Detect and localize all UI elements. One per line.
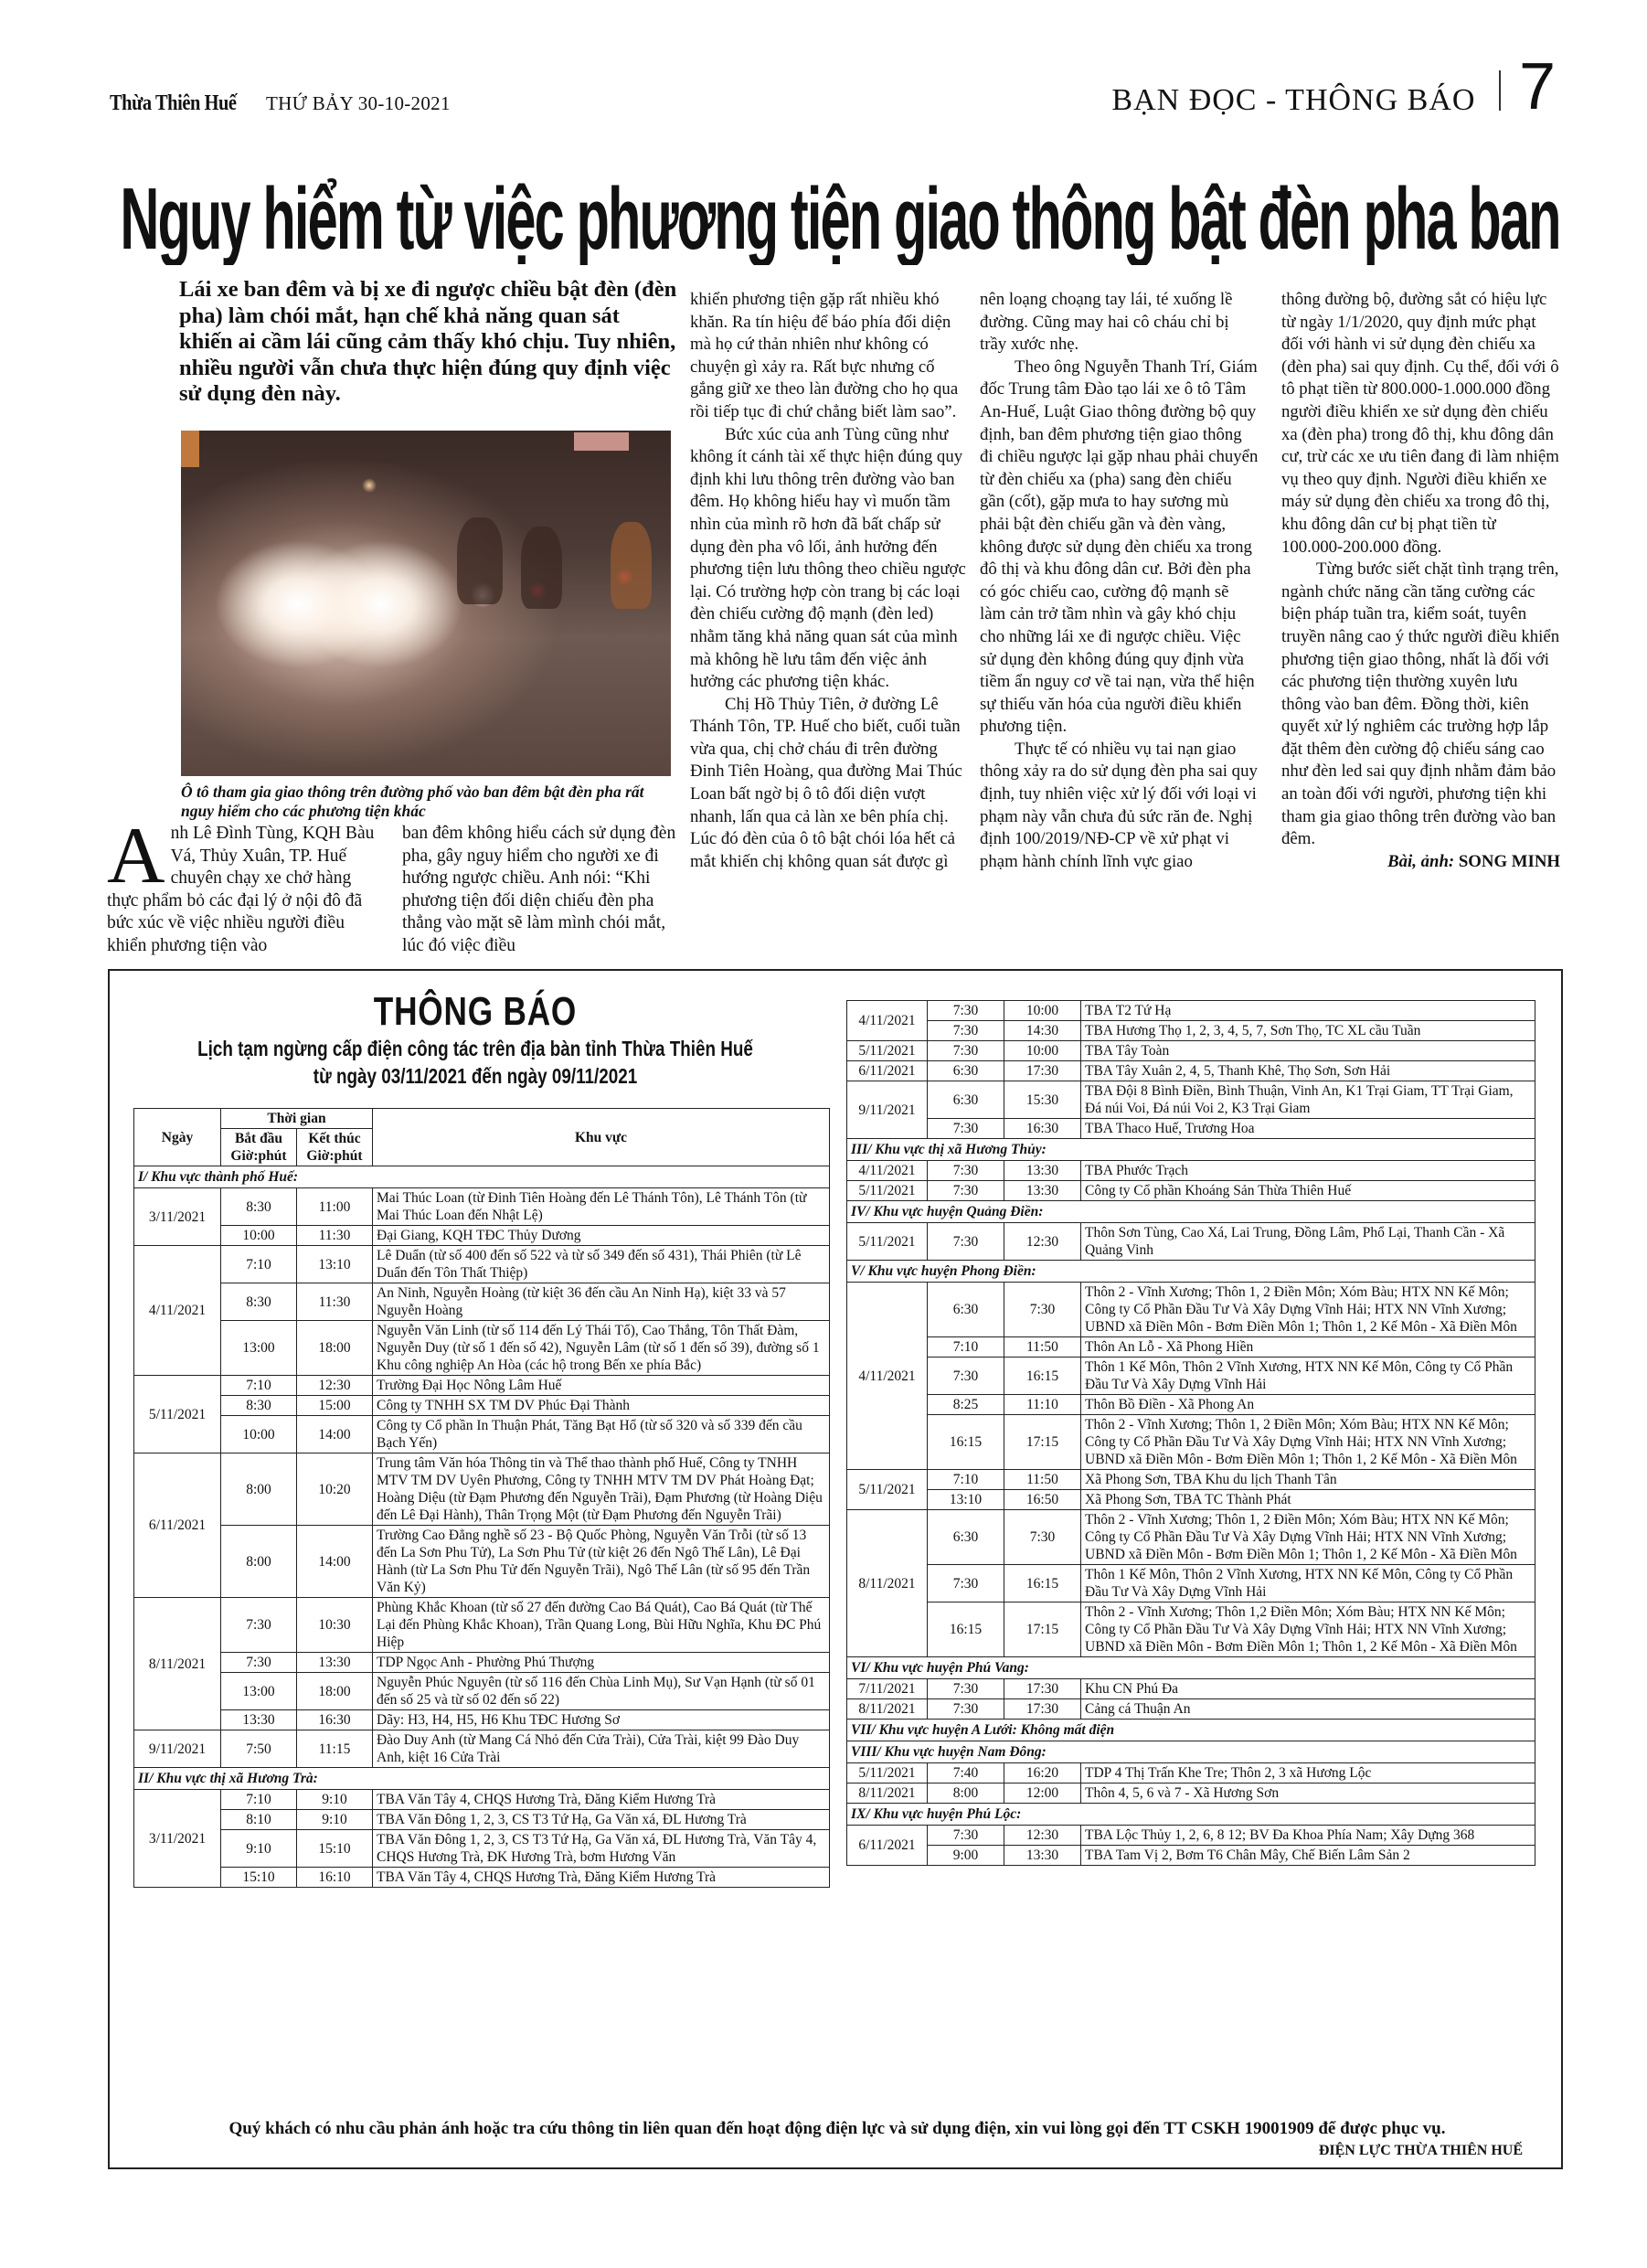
table-row: 8:3015:00Công ty TNHH SX TM DV Phúc Đại … — [134, 1396, 830, 1416]
section-title: III/ Khu vực thị xã Hương Thủy: — [847, 1139, 1535, 1161]
header-time: Thời gian — [221, 1109, 373, 1129]
date-cell: 4/11/2021 — [847, 1283, 928, 1470]
issue-date: THỨ BẢY 30-10-2021 — [266, 92, 451, 115]
table-row: 8:0014:00Trường Cao Đẳng nghề số 23 - Bộ… — [134, 1526, 830, 1598]
paragraph: Theo ông Nguyễn Thanh Trí, Giám đốc Trun… — [980, 357, 1259, 739]
header-start: Bắt đầu Giờ:phút — [221, 1129, 297, 1166]
area-cell: TBA T2 Tứ Hạ — [1081, 1001, 1535, 1021]
start-time-cell: 10:00 — [221, 1226, 297, 1246]
end-time-cell: 11:30 — [297, 1283, 373, 1321]
end-time-cell: 15:00 — [297, 1396, 373, 1416]
area-cell: Đại Giang, KQH TĐC Thủy Dương — [373, 1226, 830, 1246]
section-title: IV/ Khu vực huyện Quảng Điền: — [847, 1201, 1535, 1223]
section-header-row: IV/ Khu vực huyện Quảng Điền: — [847, 1201, 1535, 1223]
area-cell: Khu CN Phú Đa — [1081, 1679, 1535, 1699]
table-row: 7:3014:30TBA Hương Thọ 1, 2, 3, 4, 5, 7,… — [847, 1021, 1535, 1041]
end-time-cell: 13:30 — [1004, 1161, 1081, 1181]
section-title: VIII/ Khu vực huyện Nam Đông: — [847, 1741, 1535, 1763]
table-row: 6/11/20217:3012:30TBA Lộc Thủy 1, 2, 6, … — [847, 1826, 1535, 1846]
shop-sign — [574, 432, 629, 451]
end-time-cell: 17:15 — [1004, 1603, 1081, 1657]
end-time-cell: 11:50 — [1004, 1470, 1081, 1490]
contact-note: Quý khách có nhu cầu phản ánh hoặc tra c… — [110, 2119, 1565, 2139]
area-cell: Xã Phong Sơn, TBA Khu du lịch Thanh Tân — [1081, 1470, 1535, 1490]
start-time-cell: 6:30 — [928, 1283, 1004, 1337]
end-time-cell: 16:30 — [297, 1710, 373, 1730]
date-cell: 9/11/2021 — [847, 1081, 928, 1139]
start-time-cell: 7:30 — [928, 1119, 1004, 1139]
end-time-cell: 14:00 — [297, 1526, 373, 1598]
end-time-cell: 9:10 — [297, 1810, 373, 1830]
start-time-cell: 8:25 — [928, 1395, 1004, 1415]
end-time-cell: 16:30 — [1004, 1119, 1081, 1139]
section-header-row: II/ Khu vực thị xã Hương Trà: — [134, 1768, 830, 1790]
start-time-cell: 7:50 — [221, 1730, 297, 1768]
area-cell: TBA Phước Trạch — [1081, 1161, 1535, 1181]
headline-text: Nguy hiểm từ việc phương tiện giao thông… — [120, 174, 1570, 265]
area-cell: TBA Văn Tây 4, CHQS Hương Trà, Đăng Kiểm… — [373, 1868, 830, 1888]
table-row: 7:3016:15Thôn 1 Kế Môn, Thôn 2 Vĩnh Xươn… — [847, 1358, 1535, 1395]
date-cell: 5/11/2021 — [847, 1470, 928, 1510]
paragraph: Thực tế có nhiều vụ tai nạn giao thông x… — [980, 739, 1259, 874]
paragraph: nên loạng choạng tay lái, té xuống lề đư… — [980, 289, 1259, 357]
notice-title: THÔNG BÁO — [374, 989, 577, 1035]
date-cell: 3/11/2021 — [134, 1790, 221, 1888]
end-time-cell: 10:00 — [1004, 1001, 1081, 1021]
end-time-cell: 18:00 — [297, 1673, 373, 1710]
section-header-row: III/ Khu vực thị xã Hương Thủy: — [847, 1139, 1535, 1161]
date-cell: 7/11/2021 — [847, 1679, 928, 1699]
table-row: 16:1517:15Thôn 2 - Vĩnh Xương; Thôn 1, 2… — [847, 1415, 1535, 1470]
end-time-cell: 7:30 — [1004, 1510, 1081, 1565]
start-time-cell: 7:40 — [928, 1763, 1004, 1784]
article-column-1: A nh Lê Đình Tùng, KQH Bàu Vá, Thủy Xuân… — [107, 823, 383, 958]
date-cell: 5/11/2021 — [847, 1223, 928, 1261]
table-row: 3/11/20217:109:10TBA Văn Tây 4, CHQS Hươ… — [134, 1790, 830, 1810]
start-time-cell: 7:30 — [928, 1021, 1004, 1041]
paragraph: khiển phương tiện gặp rất nhiều khó khăn… — [690, 289, 969, 424]
table-row: 10:0014:00Công ty Cổ phần In Thuận Phát,… — [134, 1416, 830, 1453]
end-time-cell: 17:15 — [1004, 1415, 1081, 1470]
paragraph: Chị Hồ Thủy Tiên, ở đường Lê Thánh Tôn, … — [690, 694, 969, 874]
table-row: 4/11/20217:3013:30TBA Phước Trạch — [847, 1161, 1535, 1181]
table-row: 8:109:10TBA Văn Đông 1, 2, 3, CS T3 Tứ H… — [134, 1810, 830, 1830]
section-header-row: I/ Khu vực thành phố Huế: — [134, 1166, 830, 1188]
date-cell: 6/11/2021 — [847, 1061, 928, 1081]
area-cell: Thôn 1 Kế Môn, Thôn 2 Vĩnh Xương, HTX NN… — [1081, 1565, 1535, 1603]
date-cell: 4/11/2021 — [847, 1001, 928, 1041]
motorbike-rider — [521, 527, 562, 609]
end-time-cell: 16:15 — [1004, 1565, 1081, 1603]
end-time-cell: 14:00 — [297, 1416, 373, 1453]
start-time-cell: 8:00 — [928, 1784, 1004, 1804]
area-cell: Xã Phong Sơn, TBA TC Thành Phát — [1081, 1490, 1535, 1510]
area-cell: TBA Văn Tây 4, CHQS Hương Trà, Đăng Kiểm… — [373, 1790, 830, 1810]
notice-title-block: THÔNG BÁO Lịch tạm ngừng cấp điện công t… — [110, 989, 841, 1090]
section-header-row: V/ Khu vực huyện Phong Điền: — [847, 1261, 1535, 1283]
date-cell: 8/11/2021 — [134, 1598, 221, 1730]
area-cell: TBA Tây Xuân 2, 4, 5, Thanh Khê, Thọ Sơn… — [1081, 1061, 1535, 1081]
area-cell: Công ty Cổ phần Khoáng Sản Thừa Thiên Hu… — [1081, 1181, 1535, 1201]
notice-signature: ĐIỆN LỰC THỪA THIÊN HUẾ — [1319, 2143, 1523, 2159]
start-time-cell: 8:00 — [221, 1526, 297, 1598]
article-headline: Nguy hiểm từ việc phương tiện giao thông… — [119, 174, 1572, 265]
table-row: 4/11/20217:3010:00TBA T2 Tứ Hạ — [847, 1001, 1535, 1021]
article-column-5: thông đường bộ, đường sắt có hiệu lực từ… — [1281, 289, 1560, 873]
area-cell: Cảng cá Thuận An — [1081, 1699, 1535, 1720]
table-row: 6/11/20218:0010:20Trung tâm Văn hóa Thôn… — [134, 1453, 830, 1526]
table-row: 7:3016:15Thôn 1 Kế Môn, Thôn 2 Vĩnh Xươn… — [847, 1565, 1535, 1603]
date-cell: 9/11/2021 — [134, 1730, 221, 1768]
start-time-cell: 13:30 — [221, 1710, 297, 1730]
area-cell: Thôn 2 - Vĩnh Xương; Thôn 1, 2 Điền Môn;… — [1081, 1415, 1535, 1470]
dropcap: A — [107, 825, 165, 889]
start-time-cell: 7:10 — [928, 1337, 1004, 1358]
area-cell: Trường Cao Đẳng nghề số 23 - Bộ Quốc Phò… — [373, 1526, 830, 1598]
end-time-cell: 17:30 — [1004, 1699, 1081, 1720]
end-time-cell: 10:30 — [297, 1598, 373, 1653]
section-title: IX/ Khu vực huyện Phú Lộc: — [847, 1804, 1535, 1826]
end-time-cell: 18:00 — [297, 1321, 373, 1376]
table-row: 4/11/20217:1013:10Lê Duẩn (từ số 400 đến… — [134, 1246, 830, 1283]
start-time-cell: 7:30 — [928, 1679, 1004, 1699]
header-date: Ngày — [134, 1109, 221, 1166]
date-cell: 8/11/2021 — [847, 1699, 928, 1720]
area-cell: TDP 4 Thị Trấn Khe Tre; Thôn 2, 3 xã Hươ… — [1081, 1763, 1535, 1784]
paper-name: Thừa Thiên Huế — [110, 91, 237, 116]
notice-subtitle: Lịch tạm ngừng cấp điện công tác trên đị… — [175, 1035, 775, 1062]
start-time-cell: 8:30 — [221, 1283, 297, 1321]
masthead-divider — [1499, 70, 1501, 111]
start-time-cell: 15:10 — [221, 1868, 297, 1888]
masthead: Thừa Thiên Huế THỨ BẢY 30-10-2021 BẠN ĐỌ… — [110, 55, 1556, 119]
start-time-cell: 9:10 — [221, 1830, 297, 1868]
article-sapo: Lái xe ban đêm và bị xe đi ngược chiều b… — [179, 277, 677, 408]
date-cell: 6/11/2021 — [847, 1826, 928, 1866]
start-time-cell: 7:30 — [928, 1181, 1004, 1201]
area-cell: Thôn Sơn Tùng, Cao Xá, Lai Trung, Đồng L… — [1081, 1223, 1535, 1261]
start-time-cell: 6:30 — [928, 1510, 1004, 1565]
end-time-cell: 11:10 — [1004, 1395, 1081, 1415]
start-time-cell: 7:30 — [221, 1598, 297, 1653]
table-row: 8/11/20217:3017:30Cảng cá Thuận An — [847, 1699, 1535, 1720]
end-time-cell: 10:00 — [1004, 1041, 1081, 1061]
end-time-cell: 13:30 — [1004, 1181, 1081, 1201]
table-row: 13:0018:00Nguyễn Phúc Nguyên (từ số 116 … — [134, 1673, 830, 1710]
end-time-cell: 15:10 — [297, 1830, 373, 1868]
date-cell: 5/11/2021 — [134, 1376, 221, 1453]
area-cell: Thôn 4, 5, 6 và 7 - Xã Hương Sơn — [1081, 1784, 1535, 1804]
start-time-cell: 13:00 — [221, 1673, 297, 1710]
start-time-cell: 13:10 — [928, 1490, 1004, 1510]
start-time-cell: 7:30 — [928, 1041, 1004, 1061]
power-outage-notice: THÔNG BÁO Lịch tạm ngừng cấp điện công t… — [108, 969, 1563, 2169]
area-cell: Công ty Cổ phần In Thuận Phát, Tăng Bạt … — [373, 1416, 830, 1453]
start-time-cell: 7:30 — [928, 1565, 1004, 1603]
end-time-cell: 7:30 — [1004, 1283, 1081, 1337]
start-time-cell: 8:30 — [221, 1396, 297, 1416]
start-time-cell: 16:15 — [928, 1603, 1004, 1657]
night-street-headlights-photo — [181, 431, 671, 776]
table-row: 9:0013:30TBA Tam Vị 2, Bơm T6 Chân Mây, … — [847, 1846, 1535, 1866]
start-time-cell: 16:15 — [928, 1415, 1004, 1470]
photo-caption: Ô tô tham gia giao thông trên đường phố … — [181, 783, 675, 821]
end-time-cell: 13:30 — [1004, 1846, 1081, 1866]
end-time-cell: 12:30 — [1004, 1223, 1081, 1261]
date-cell: 4/11/2021 — [847, 1161, 928, 1181]
area-cell: Thôn 2 - Vĩnh Xương; Thôn 1, 2 Điền Môn;… — [1081, 1283, 1535, 1337]
article-column-3: khiển phương tiện gặp rất nhiều khó khăn… — [690, 289, 969, 873]
area-cell: Nguyễn Văn Linh (từ số 114 đến Lý Thái T… — [373, 1321, 830, 1376]
end-time-cell: 10:20 — [297, 1453, 373, 1526]
end-time-cell: 13:10 — [297, 1246, 373, 1283]
area-cell: TBA Hương Thọ 1, 2, 3, 4, 5, 7, Sơn Thọ,… — [1081, 1021, 1535, 1041]
date-cell: 3/11/2021 — [134, 1188, 221, 1246]
area-cell: Thôn An Lỗ - Xã Phong Hiền — [1081, 1337, 1535, 1358]
table-row: 3/11/20218:3011:00Mai Thúc Loan (từ Đinh… — [134, 1188, 830, 1226]
date-cell: 5/11/2021 — [847, 1763, 928, 1784]
start-time-cell: 7:30 — [928, 1826, 1004, 1846]
table-row: 5/11/20217:3013:30Công ty Cổ phần Khoáng… — [847, 1181, 1535, 1201]
table-row: 7:3016:30TBA Thaco Huế, Trương Hoa — [847, 1119, 1535, 1139]
table-row: 5/11/20217:3010:00TBA Tây Toàn — [847, 1041, 1535, 1061]
masthead-right: BẠN ĐỌC - THÔNG BÁO 7 — [1111, 55, 1556, 119]
end-time-cell: 13:30 — [297, 1653, 373, 1673]
table-row: 5/11/20217:3012:30Thôn Sơn Tùng, Cao Xá,… — [847, 1223, 1535, 1261]
shop-sign — [181, 431, 199, 467]
end-time-cell: 15:30 — [1004, 1081, 1081, 1119]
byline-label: Bài, ảnh: — [1387, 852, 1454, 871]
section-title: VI/ Khu vực huyện Phú Vang: — [847, 1657, 1535, 1679]
header-area: Khu vực — [373, 1109, 830, 1166]
table-row: 13:1016:50Xã Phong Sơn, TBA TC Thành Phá… — [847, 1490, 1535, 1510]
start-time-cell: 13:00 — [221, 1321, 297, 1376]
section-title: BẠN ĐỌC - THÔNG BÁO — [1111, 83, 1475, 118]
start-time-cell: 7:30 — [928, 1223, 1004, 1261]
byline-author: SONG MINH — [1459, 852, 1560, 871]
area-cell: Dãy: H3, H4, H5, H6 Khu TĐC Hương Sơ — [373, 1710, 830, 1730]
table-row: 9/11/20217:5011:15Đào Duy Anh (từ Mang C… — [134, 1730, 830, 1768]
start-time-cell: 6:30 — [928, 1061, 1004, 1081]
end-time-cell: 16:20 — [1004, 1763, 1081, 1784]
page-number: 7 — [1519, 55, 1556, 119]
masthead-left: Thừa Thiên Huế THỨ BẢY 30-10-2021 — [110, 91, 451, 116]
start-time-cell: 8:10 — [221, 1810, 297, 1830]
start-time-cell: 7:30 — [928, 1161, 1004, 1181]
notice-date-range: từ ngày 03/11/2021 đến ngày 09/11/2021 — [175, 1062, 775, 1090]
date-cell: 6/11/2021 — [134, 1453, 221, 1598]
area-cell: Lê Duẩn (từ số 400 đến số 522 và từ số 3… — [373, 1246, 830, 1283]
outage-schedule-table-right: 4/11/20217:3010:00TBA T2 Tứ Hạ7:3014:30T… — [846, 1000, 1535, 1866]
area-cell: Công ty TNHH SX TM DV Phúc Đại Thành — [373, 1396, 830, 1416]
end-time-cell: 16:50 — [1004, 1490, 1081, 1510]
table-row: 15:1016:10TBA Văn Tây 4, CHQS Hương Trà,… — [134, 1868, 830, 1888]
end-time-cell: 16:10 — [297, 1868, 373, 1888]
area-cell: TBA Đội 8 Bình Điền, Bình Thuận, Vinh An… — [1081, 1081, 1535, 1119]
section-header-row: IX/ Khu vực huyện Phú Lộc: — [847, 1804, 1535, 1826]
area-cell: Thôn Bồ Điền - Xã Phong An — [1081, 1395, 1535, 1415]
area-cell: TBA Lộc Thủy 1, 2, 6, 8 12; BV Đa Khoa P… — [1081, 1826, 1535, 1846]
end-time-cell: 16:15 — [1004, 1358, 1081, 1395]
section-header-row: VIII/ Khu vực huyện Nam Đông: — [847, 1741, 1535, 1763]
start-time-cell: 7:10 — [221, 1790, 297, 1810]
table-row: 5/11/20217:1012:30Trường Đại Học Nông Lâ… — [134, 1376, 830, 1396]
area-cell: Thôn 2 - Vĩnh Xương; Thôn 1, 2 Điền Môn;… — [1081, 1510, 1535, 1565]
area-cell: Thôn 1 Kế Môn, Thôn 2 Vĩnh Xương, HTX NN… — [1081, 1358, 1535, 1395]
table-row: 9/11/20216:3015:30TBA Đội 8 Bình Điền, B… — [847, 1081, 1535, 1119]
end-time-cell: 14:30 — [1004, 1021, 1081, 1041]
date-cell: 5/11/2021 — [847, 1181, 928, 1201]
start-time-cell: 8:30 — [221, 1188, 297, 1226]
area-cell: Nguyễn Phúc Nguyên (từ số 116 đến Chùa L… — [373, 1673, 830, 1710]
date-cell: 8/11/2021 — [847, 1784, 928, 1804]
table-row: 8:2511:10Thôn Bồ Điền - Xã Phong An — [847, 1395, 1535, 1415]
area-cell: TBA Tây Toàn — [1081, 1041, 1535, 1061]
end-time-cell: 12:30 — [297, 1376, 373, 1396]
motorbike-rider — [457, 517, 503, 604]
date-cell: 5/11/2021 — [847, 1041, 928, 1061]
start-time-cell: 7:30 — [928, 1001, 1004, 1021]
start-time-cell: 9:00 — [928, 1846, 1004, 1866]
start-time-cell: 8:00 — [221, 1453, 297, 1526]
table-row: 10:0011:30Đại Giang, KQH TĐC Thủy Dương — [134, 1226, 830, 1246]
table-row: 5/11/20217:4016:20TDP 4 Thị Trấn Khe Tre… — [847, 1763, 1535, 1784]
start-time-cell: 6:30 — [928, 1081, 1004, 1119]
table-row: 13:0018:00Nguyễn Văn Linh (từ số 114 đến… — [134, 1321, 830, 1376]
article-column-2: ban đêm không hiểu cách sử dụng đèn pha,… — [402, 823, 681, 958]
start-time-cell: 7:10 — [221, 1376, 297, 1396]
table-row: 13:3016:30Dãy: H3, H4, H5, H6 Khu TĐC Hư… — [134, 1710, 830, 1730]
paragraph: Từng bước siết chặt tình trạng trên, ngà… — [1281, 559, 1560, 851]
motorbike-rider — [611, 522, 652, 609]
start-time-cell: 10:00 — [221, 1416, 297, 1453]
area-cell: TDP Ngọc Anh - Phường Phú Thượng — [373, 1653, 830, 1673]
area-cell: Trường Đại Học Nông Lâm Huế — [373, 1376, 830, 1396]
end-time-cell: 11:00 — [297, 1188, 373, 1226]
table-row: 5/11/20217:1011:50Xã Phong Sơn, TBA Khu … — [847, 1470, 1535, 1490]
table-row: 9:1015:10TBA Văn Đông 1, 2, 3, CS T3 Tứ … — [134, 1830, 830, 1868]
area-cell: Đào Duy Anh (từ Mang Cá Nhỏ đến Cửa Trài… — [373, 1730, 830, 1768]
table-row: 8/11/20216:307:30Thôn 2 - Vĩnh Xương; Th… — [847, 1510, 1535, 1565]
table-row: 6/11/20216:3017:30TBA Tây Xuân 2, 4, 5, … — [847, 1061, 1535, 1081]
section-title: VII/ Khu vực huyện A Lưới: Không mất điệ… — [847, 1720, 1535, 1741]
area-cell: Thôn 2 - Vĩnh Xương; Thôn 1,2 Điền Môn; … — [1081, 1603, 1535, 1657]
area-cell: Trung tâm Văn hóa Thông tin và Thể thao … — [373, 1453, 830, 1526]
section-header-row: VII/ Khu vực huyện A Lưới: Không mất điệ… — [847, 1720, 1535, 1741]
end-time-cell: 11:30 — [297, 1226, 373, 1246]
table-row: 16:1517:15Thôn 2 - Vĩnh Xương; Thôn 1,2 … — [847, 1603, 1535, 1657]
area-cell: TBA Tam Vị 2, Bơm T6 Chân Mây, Chế Biến … — [1081, 1846, 1535, 1866]
area-cell: TBA Thaco Huế, Trương Hoa — [1081, 1119, 1535, 1139]
date-cell: 8/11/2021 — [847, 1510, 928, 1657]
end-time-cell: 12:30 — [1004, 1826, 1081, 1846]
end-time-cell: 11:15 — [297, 1730, 373, 1768]
table-row: 7:1011:50Thôn An Lỗ - Xã Phong Hiền — [847, 1337, 1535, 1358]
area-cell: An Ninh, Nguyễn Hoàng (từ kiệt 36 đến cầ… — [373, 1283, 830, 1321]
area-cell: TBA Văn Đông 1, 2, 3, CS T3 Tứ Hạ, Ga Vă… — [373, 1830, 830, 1868]
table-row: 8/11/20218:0012:00Thôn 4, 5, 6 và 7 - Xã… — [847, 1784, 1535, 1804]
header-end: Kết thúc Giờ:phút — [297, 1129, 373, 1166]
start-time-cell: 7:10 — [928, 1470, 1004, 1490]
lead-text-2: ban đêm không hiểu cách sử dụng đèn pha,… — [402, 823, 681, 958]
outage-schedule-table-left: Ngày Thời gian Khu vực Bắt đầu Giờ:phút … — [133, 1108, 830, 1888]
paragraph: Bức xúc của anh Tùng cũng như không ít c… — [690, 424, 969, 694]
byline: Bài, ảnh: SONG MINH — [1281, 851, 1560, 874]
table-row: 7/11/20217:3017:30Khu CN Phú Đa — [847, 1679, 1535, 1699]
start-time-cell: 7:30 — [928, 1699, 1004, 1720]
table-row: 4/11/20216:307:30Thôn 2 - Vĩnh Xương; Th… — [847, 1283, 1535, 1337]
date-cell: 4/11/2021 — [134, 1246, 221, 1376]
section-title: V/ Khu vực huyện Phong Điền: — [847, 1261, 1535, 1283]
area-cell: TBA Văn Đông 1, 2, 3, CS T3 Tứ Hạ, Ga Vă… — [373, 1810, 830, 1830]
start-time-cell: 7:30 — [928, 1358, 1004, 1395]
table-row: 8:3011:30An Ninh, Nguyễn Hoàng (từ kiệt … — [134, 1283, 830, 1321]
start-time-cell: 7:10 — [221, 1246, 297, 1283]
end-time-cell: 17:30 — [1004, 1061, 1081, 1081]
section-title: I/ Khu vực thành phố Huế: — [134, 1166, 830, 1188]
end-time-cell: 17:30 — [1004, 1679, 1081, 1699]
area-cell: Mai Thúc Loan (từ Đinh Tiên Hoàng đến Lê… — [373, 1188, 830, 1226]
area-cell: Phùng Khắc Khoan (từ số 27 đến đường Cao… — [373, 1598, 830, 1653]
end-time-cell: 12:00 — [1004, 1784, 1081, 1804]
end-time-cell: 9:10 — [297, 1790, 373, 1810]
table-row: 7:3013:30TDP Ngọc Anh - Phường Phú Thượn… — [134, 1653, 830, 1673]
paragraph: thông đường bộ, đường sắt có hiệu lực từ… — [1281, 289, 1560, 559]
table-row: 8/11/20217:3010:30Phùng Khắc Khoan (từ s… — [134, 1598, 830, 1653]
start-time-cell: 7:30 — [221, 1653, 297, 1673]
section-title: II/ Khu vực thị xã Hương Trà: — [134, 1768, 830, 1790]
section-header-row: VI/ Khu vực huyện Phú Vang: — [847, 1657, 1535, 1679]
article-column-4: nên loạng choạng tay lái, té xuống lề đư… — [980, 289, 1259, 873]
end-time-cell: 11:50 — [1004, 1337, 1081, 1358]
